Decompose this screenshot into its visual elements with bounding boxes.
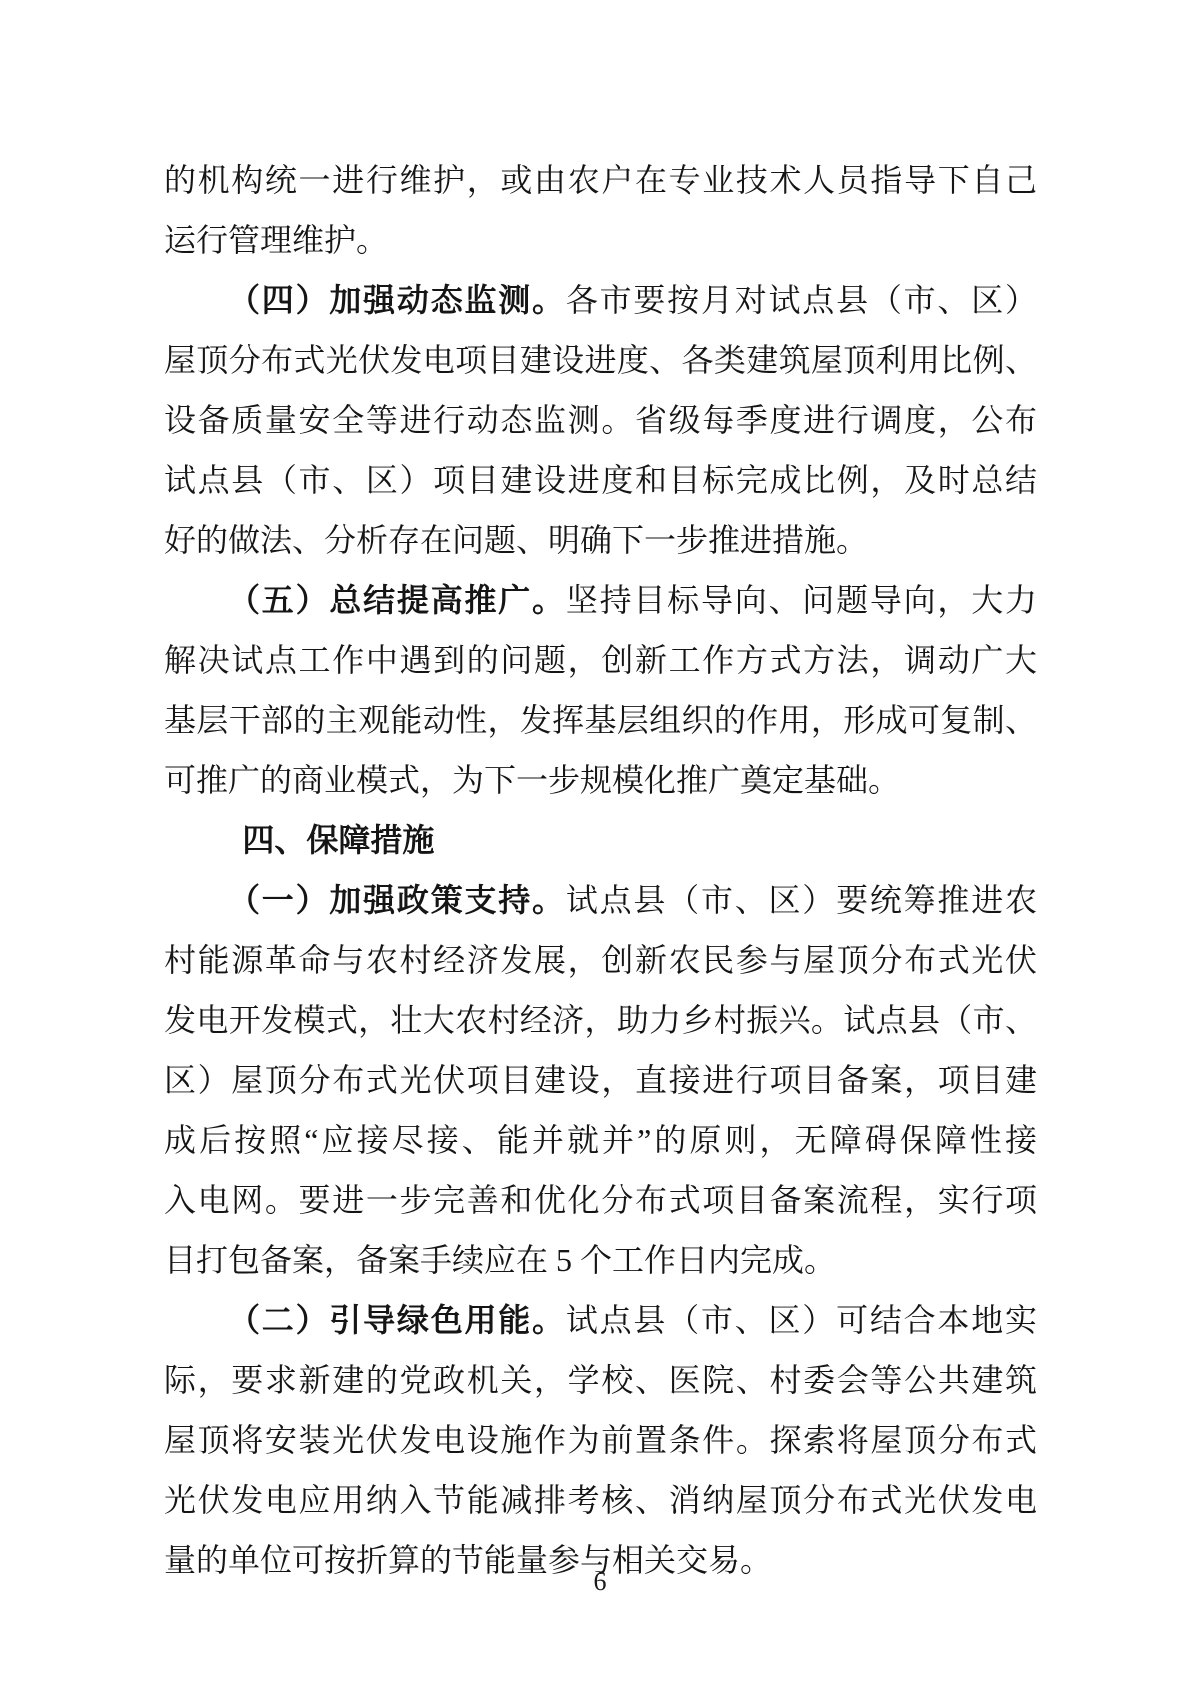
text-line: 村能源革命与农村经济发展，创新农民参与屋顶分布式光伏 — [164, 930, 1037, 990]
text-line-paragraph-5-start: （五）总结提高推广。坚持目标导向、问题导向，大力 — [164, 570, 1037, 630]
line-text: 区）屋顶分布式光伏项目建设，直接进行项目备案，项目建 — [164, 1062, 1037, 1098]
line-text: 试点县（市、区）可结合本地实 — [566, 1302, 1037, 1338]
text-line: 光伏发电应用纳入节能减排考核、消纳屋顶分布式光伏发电 — [164, 1470, 1037, 1530]
line-text: 入电网。要进一步完善和优化分布式项目备案流程，实行项 — [164, 1182, 1037, 1218]
line-text: 成后按照“应接尽接、能并就并”的原则，无障碍保障性接 — [164, 1122, 1037, 1158]
text-line: 区）屋顶分布式光伏项目建设，直接进行项目备案，项目建 — [164, 1050, 1037, 1110]
line-text: 设备质量安全等进行动态监测。省级每季度进行调度，公布 — [164, 402, 1037, 438]
text-line: 解决试点工作中遇到的问题，创新工作方式方法，调动广大 — [164, 630, 1037, 690]
text-line: 入电网。要进一步完善和优化分布式项目备案流程，实行项 — [164, 1170, 1037, 1230]
line-text: 各市要按月对试点县（市、区） — [566, 282, 1037, 318]
line-text: 发电开发模式，壮大农村经济，助力乡村振兴。试点县（市、 — [164, 1002, 1037, 1038]
line-text: 好的做法、分析存在问题、明确下一步推进措施。 — [164, 522, 868, 558]
line-text: 屋顶将安装光伏发电设施作为前置条件。探索将屋顶分布式 — [164, 1422, 1037, 1458]
text-line: 设备质量安全等进行动态监测。省级每季度进行调度，公布 — [164, 390, 1037, 450]
text-line: 际，要求新建的党政机关，学校、医院、村委会等公共建筑 — [164, 1350, 1037, 1410]
text-line: 目打包备案，备案手续应在 5 个工作日内完成。 — [164, 1230, 1037, 1290]
line-text: 村能源革命与农村经济发展，创新农民参与屋顶分布式光伏 — [164, 942, 1037, 978]
line-text: 基层干部的主观能动性，发挥基层组织的作用，形成可复制、 — [164, 702, 1037, 738]
text-line: 的机构统一进行维护，或由农户在专业技术人员指导下自己 — [164, 150, 1037, 210]
text-line-paragraph-4-start: （四）加强动态监测。各市要按月对试点县（市、区） — [164, 270, 1037, 330]
line-text: 运行管理维护。 — [164, 222, 388, 258]
document-page: 的机构统一进行维护，或由农户在专业技术人员指导下自己 运行管理维护。 （四）加强… — [0, 0, 1200, 1697]
text-line-paragraph-1-start: （一）加强政策支持。试点县（市、区）要统筹推进农 — [164, 870, 1037, 930]
line-text: 目打包备案，备案手续应在 5 个工作日内完成。 — [164, 1242, 836, 1278]
line-text: 际，要求新建的党政机关，学校、医院、村委会等公共建筑 — [164, 1362, 1037, 1398]
text-line: 运行管理维护。 — [164, 210, 1037, 270]
line-text: 可推广的商业模式，为下一步规模化推广奠定基础。 — [164, 762, 900, 798]
document-body: 的机构统一进行维护，或由农户在专业技术人员指导下自己 运行管理维护。 （四）加强… — [164, 150, 1037, 1590]
line-text: 坚持目标导向、问题导向，大力 — [566, 582, 1037, 618]
page-number: 6 — [0, 1564, 1200, 1600]
line-bold-text: （四）加强动态监测。 — [228, 282, 566, 318]
line-text: 试点县（市、区）项目建设进度和目标完成比例，及时总结 — [164, 462, 1037, 498]
line-text: 屋顶分布式光伏发电项目建设进度、各类建筑屋顶利用比例、 — [164, 342, 1037, 378]
text-line: 试点县（市、区）项目建设进度和目标完成比例，及时总结 — [164, 450, 1037, 510]
line-bold-text: （一）加强政策支持。 — [228, 882, 566, 918]
line-text: 试点县（市、区）要统筹推进农 — [566, 882, 1037, 918]
line-bold-text: （二）引导绿色用能。 — [228, 1302, 566, 1338]
section-heading: 四、保障措施 — [164, 810, 1037, 870]
text-line-paragraph-2-start: （二）引导绿色用能。试点县（市、区）可结合本地实 — [164, 1290, 1037, 1350]
line-text: 的机构统一进行维护，或由农户在专业技术人员指导下自己 — [164, 162, 1037, 198]
text-line: 成后按照“应接尽接、能并就并”的原则，无障碍保障性接 — [164, 1110, 1037, 1170]
text-line: 可推广的商业模式，为下一步规模化推广奠定基础。 — [164, 750, 1037, 810]
line-bold-text: （五）总结提高推广。 — [228, 582, 566, 618]
section-heading-text: 四、保障措施 — [242, 822, 434, 858]
text-line: 基层干部的主观能动性，发挥基层组织的作用，形成可复制、 — [164, 690, 1037, 750]
text-line: 屋顶将安装光伏发电设施作为前置条件。探索将屋顶分布式 — [164, 1410, 1037, 1470]
line-text: 光伏发电应用纳入节能减排考核、消纳屋顶分布式光伏发电 — [164, 1482, 1037, 1518]
text-line: 好的做法、分析存在问题、明确下一步推进措施。 — [164, 510, 1037, 570]
text-line: 屋顶分布式光伏发电项目建设进度、各类建筑屋顶利用比例、 — [164, 330, 1037, 390]
line-text: 解决试点工作中遇到的问题，创新工作方式方法，调动广大 — [164, 642, 1037, 678]
text-line: 发电开发模式，壮大农村经济，助力乡村振兴。试点县（市、 — [164, 990, 1037, 1050]
